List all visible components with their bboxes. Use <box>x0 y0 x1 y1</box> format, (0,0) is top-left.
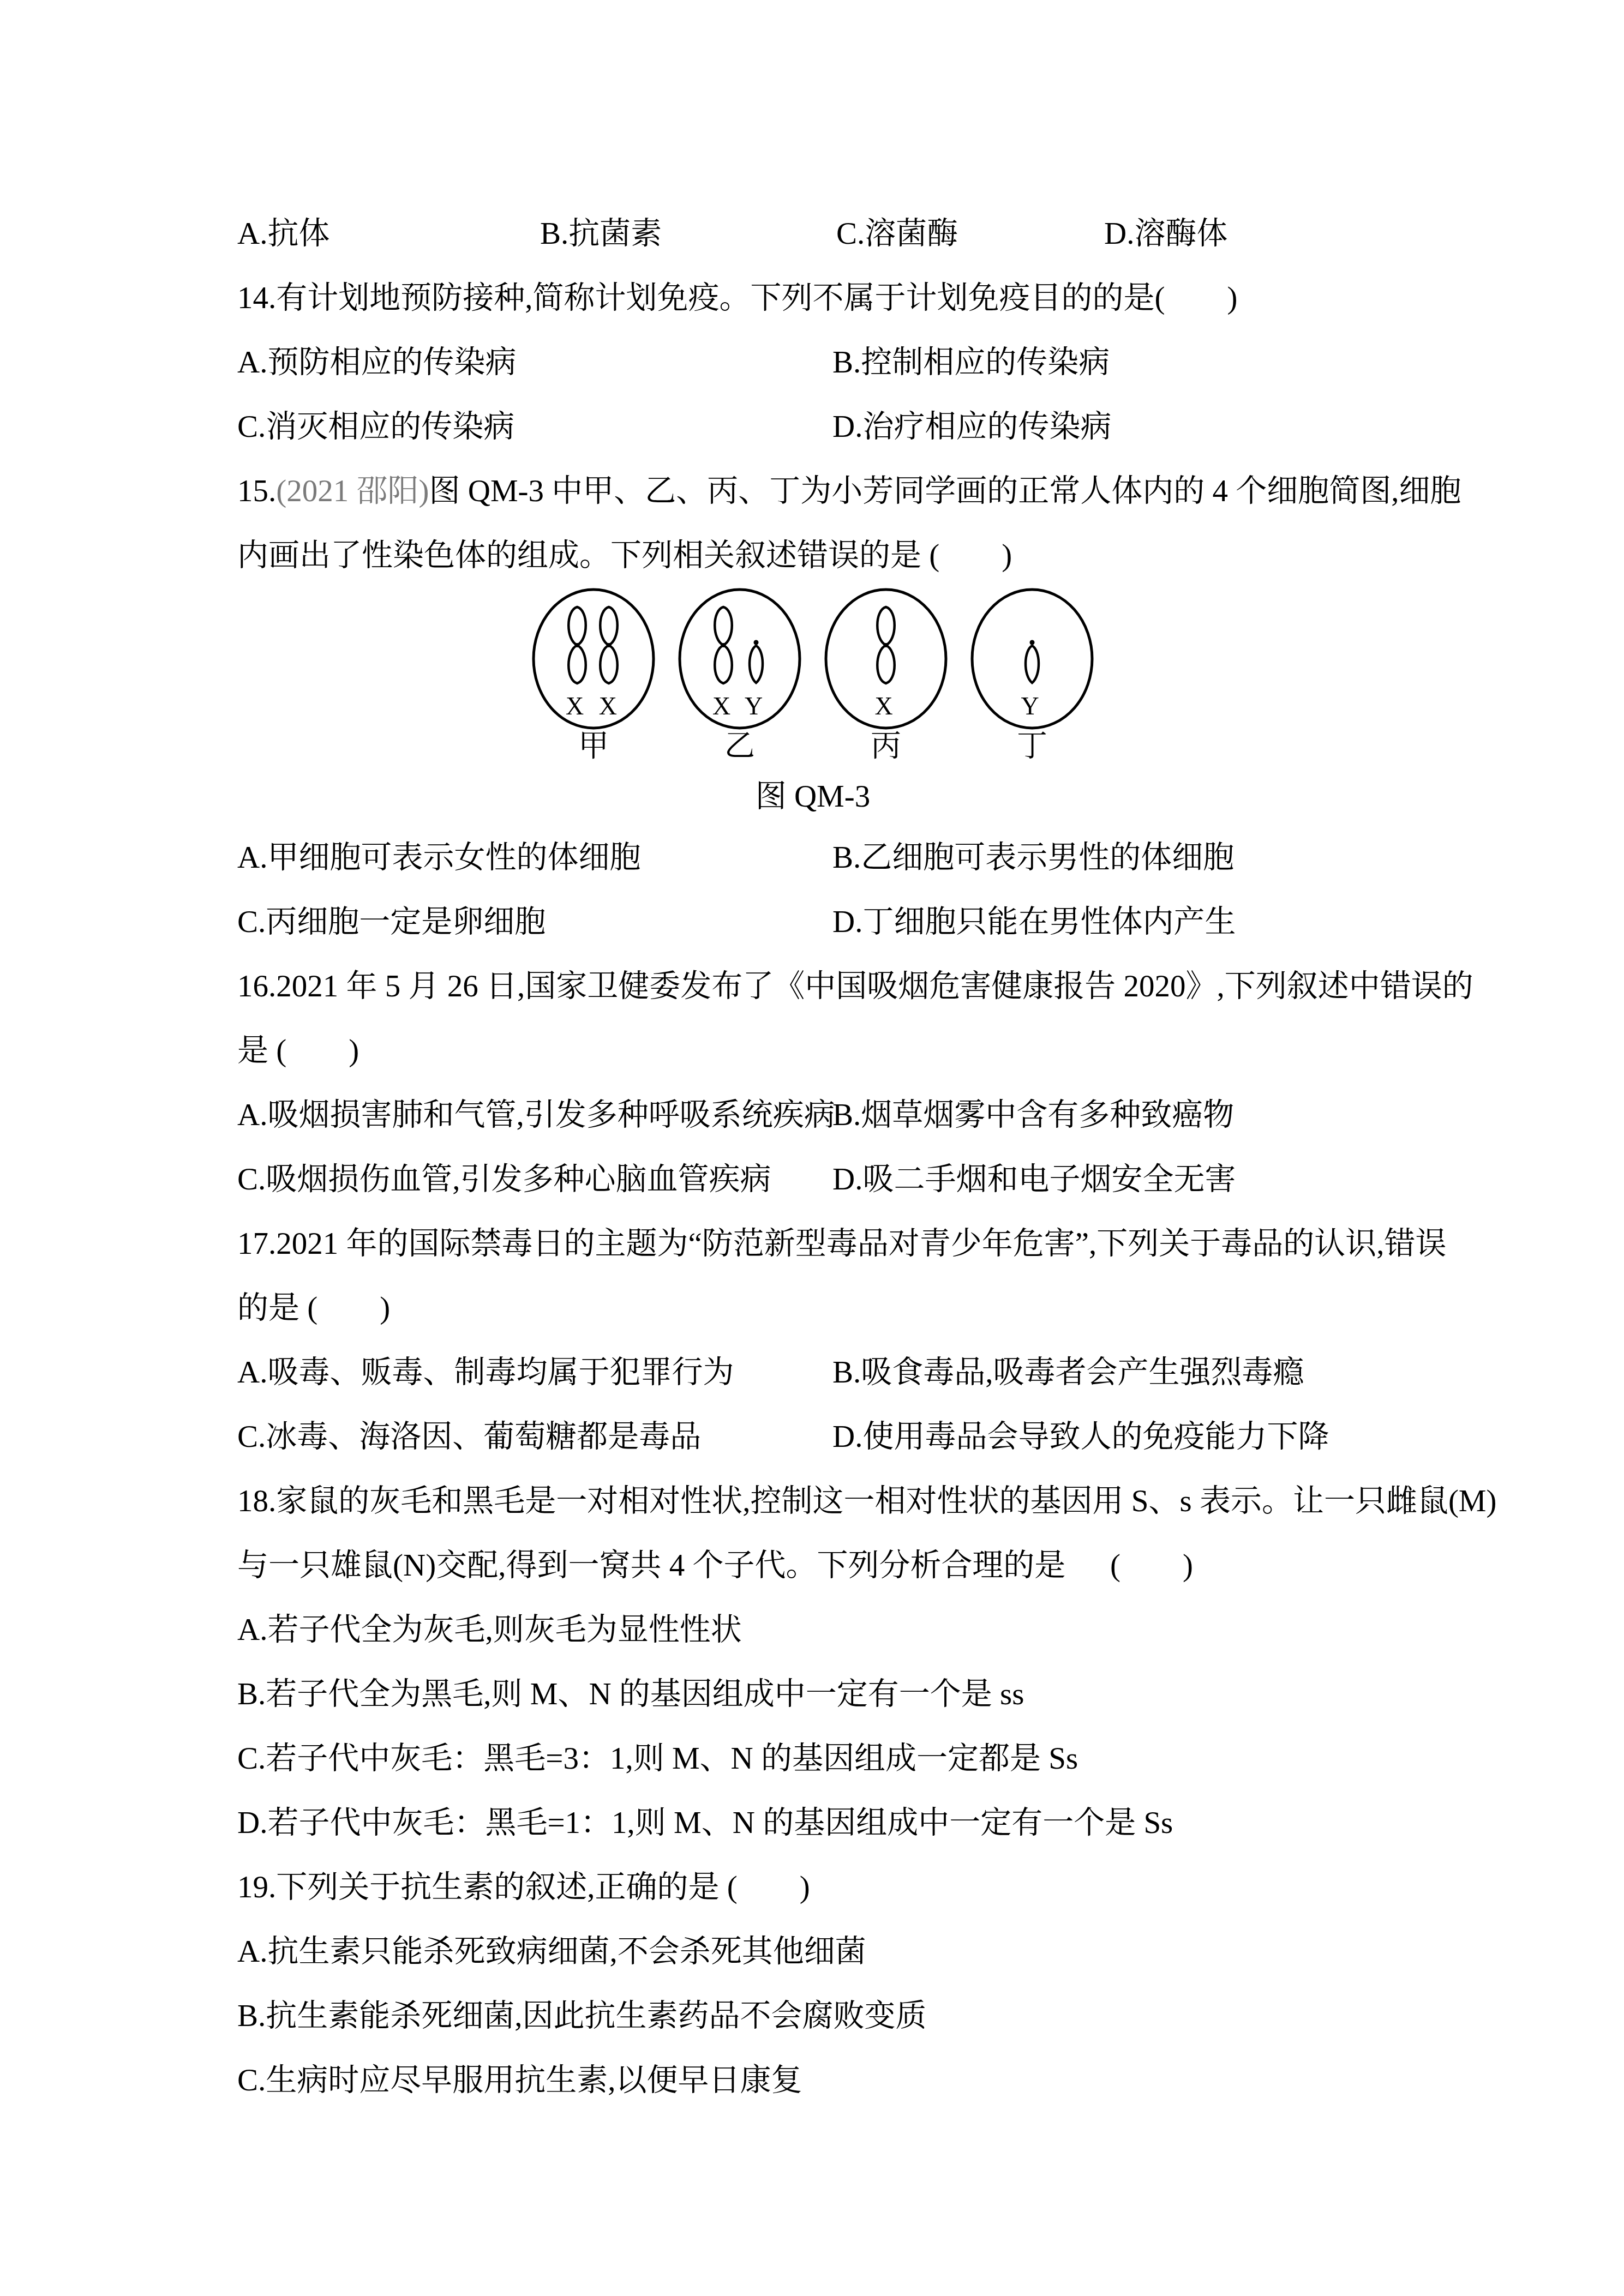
sex-chromosome-letters: Y <box>1021 692 1043 720</box>
q15-option-d: D.丁细胞只能在男性体内产生 <box>832 890 1236 954</box>
q18-answer-blank: ( ) <box>1110 1534 1193 1598</box>
q17-stem-line-1: 17.2021 年的国际禁毒日的主题为“防范新型毒品对青少年危害”,下列关于毒品… <box>237 1212 1388 1276</box>
q19-option-b: B.抗生素能杀死细菌,因此抗生素药品不会腐败变质 <box>237 1984 1388 2048</box>
q16-stem-line-1: 16.2021 年 5 月 26 日,国家卫健委发布了《中国吸烟危害健康报告 2… <box>237 954 1388 1019</box>
q14-option-d: D.治疗相应的传染病 <box>832 395 1111 459</box>
cell-yi-drawing: X Y <box>677 588 802 730</box>
centromere-dot <box>754 640 759 645</box>
q17-option-b: B.吸食毒品,吸毒者会产生强烈毒瘾 <box>832 1341 1304 1405</box>
q19-option-a: A.抗生素只能杀死致病细菌,不会杀死其他细菌 <box>237 1920 1388 1984</box>
q13-options-row: A.抗体 B.抗菌素 C.溶菌酶 D.溶酶体 <box>237 202 1388 266</box>
cell-ding-label: 丁 <box>969 730 1095 762</box>
q16-options-row-1: A.吸烟损害肺和气管,引发多种呼吸系统疾病 B.烟草烟雾中含有多种致癌物 <box>237 1083 1388 1147</box>
cell-bing-label: 丙 <box>823 730 949 762</box>
q15-stem-line-1: 15.(2021 邵阳)图 QM-3 中甲、乙、丙、丁为小芳同学画的正常人体内的… <box>237 459 1388 524</box>
q14-options-row-2: C.消灭相应的传染病 D.治疗相应的传染病 <box>237 395 1388 459</box>
q16-option-a: A.吸烟损害肺和气管,引发多种呼吸系统疾病 <box>237 1083 835 1147</box>
q16-option-d: D.吸二手烟和电子烟安全无害 <box>832 1147 1236 1212</box>
q13-option-c: C.溶菌酶 <box>836 202 958 266</box>
cell-ding-drawing: Y <box>969 588 1095 730</box>
cell-jia-label: 甲 <box>531 730 656 762</box>
q15-option-b: B.乙细胞可表示男性的体细胞 <box>832 826 1234 890</box>
q14-option-a: A.预防相应的传染病 <box>237 330 516 395</box>
q17-option-d: D.使用毒品会导致人的免疫能力下降 <box>832 1405 1329 1469</box>
y-chromosome-icon <box>750 646 763 683</box>
q19-stem: 19.下列关于抗生素的叙述,正确的是 ( ) <box>237 1855 1388 1920</box>
cell-jia: X X 甲 <box>531 588 656 762</box>
q15-stem-text: 图 QM-3 中甲、乙、丙、丁为小芳同学画的正常人体内的 4 个细胞简图,细胞 <box>429 474 1461 508</box>
q15-stem-line-2: 内画出了性染色体的组成。下列相关叙述错误的是 ( ) <box>237 524 1388 588</box>
q13-option-a: A.抗体 <box>237 202 329 266</box>
q16-stem-line-2: 是 ( ) <box>237 1019 1388 1083</box>
centromere-dot <box>884 643 888 647</box>
sex-chromosome-letters: X Y <box>712 692 767 720</box>
q15-options-row-2: C.丙细胞一定是卵细胞 D.丁细胞只能在男性体内产生 <box>237 890 1388 954</box>
q16-option-b: B.烟草烟雾中含有多种致癌物 <box>832 1083 1234 1147</box>
q15-option-a: A.甲细胞可表示女性的体细胞 <box>237 826 640 890</box>
centromere-dot <box>575 643 579 647</box>
q18-stem-line-1: 18.家鼠的灰毛和黑毛是一对相对性状,控制这一相对性状的基因用 S、s 表示。让… <box>237 1469 1388 1534</box>
q18-stem-line-2-text: 与一只雄鼠(N)交配,得到一窝共 4 个子代。下列分析合理的是 <box>237 1534 1065 1598</box>
cell-ding: Y 丁 <box>969 588 1095 762</box>
q14-option-c: C.消灭相应的传染病 <box>237 395 514 459</box>
q14-options-row-1: A.预防相应的传染病 B.控制相应的传染病 <box>237 330 1388 395</box>
q17-options-row-1: A.吸毒、贩毒、制毒均属于犯罪行为 B.吸食毒品,吸毒者会产生强烈毒瘾 <box>237 1341 1388 1405</box>
centromere-dot <box>721 643 726 647</box>
q17-options-row-2: C.冰毒、海洛因、葡萄糖都是毒品 D.使用毒品会导致人的免疫能力下降 <box>237 1405 1388 1469</box>
cell-yi-label: 乙 <box>677 730 802 762</box>
q13-option-b: B.抗菌素 <box>540 202 662 266</box>
cell-bing: X 丙 <box>823 588 949 762</box>
q15-options-row-1: A.甲细胞可表示女性的体细胞 B.乙细胞可表示男性的体细胞 <box>237 826 1388 890</box>
q18-stem-line-2: 与一只雄鼠(N)交配,得到一窝共 4 个子代。下列分析合理的是 ( ) <box>237 1534 1388 1598</box>
y-chromosome-icon <box>1026 646 1039 683</box>
centromere-dot <box>607 643 611 647</box>
sex-chromosome-letters: X <box>874 692 897 720</box>
q15-source-tag: (2021 邵阳) <box>276 474 429 508</box>
q18-option-c: C.若子代中灰毛：黑毛=3：1,则 M、N 的基因组成一定都是 Ss <box>237 1727 1388 1791</box>
q19-option-c: C.生病时应尽早服用抗生素,以便早日康复 <box>237 2048 1388 2113</box>
q18-option-a: A.若子代全为灰毛,则灰毛为显性性状 <box>237 1598 1388 1662</box>
q14-option-b: B.控制相应的传染病 <box>832 330 1110 395</box>
q13-option-d: D.溶酶体 <box>1104 202 1227 266</box>
q15-number: 15. <box>237 474 276 508</box>
q15-option-c: C.丙细胞一定是卵细胞 <box>237 890 546 954</box>
cell-yi: X Y 乙 <box>677 588 802 762</box>
q16-options-row-2: C.吸烟损伤血管,引发多种心脑血管疾病 D.吸二手烟和电子烟安全无害 <box>237 1147 1388 1212</box>
exam-page: A.抗体 B.抗菌素 C.溶菌酶 D.溶酶体 14.有计划地预防接种,简称计划免… <box>0 0 1624 2296</box>
q17-stem-line-2: 的是 ( ) <box>237 1276 1388 1341</box>
q16-option-c: C.吸烟损伤血管,引发多种心脑血管疾病 <box>237 1147 771 1212</box>
q17-option-a: A.吸毒、贩毒、制毒均属于犯罪行为 <box>237 1341 734 1405</box>
centromere-dot <box>1030 640 1035 645</box>
q15-figure-caption: 图 QM-3 <box>237 768 1388 826</box>
cell-jia-drawing: X X <box>531 588 656 730</box>
sex-chromosome-letters: X X <box>566 692 621 720</box>
q14-stem: 14.有计划地预防接种,简称计划免疫。下列不属于计划免疫目的的是( ) <box>237 266 1388 330</box>
q18-option-d: D.若子代中灰毛：黑毛=1：1,则 M、N 的基因组成中一定有一个是 Ss <box>237 1791 1388 1855</box>
q15-figure: X X 甲 X Y 乙 <box>237 588 1388 768</box>
cell-bing-drawing: X <box>823 588 949 730</box>
exam-content: A.抗体 B.抗菌素 C.溶菌酶 D.溶酶体 14.有计划地预防接种,简称计划免… <box>237 202 1388 2113</box>
q17-option-c: C.冰毒、海洛因、葡萄糖都是毒品 <box>237 1405 701 1469</box>
q18-option-b: B.若子代全为黑毛,则 M、N 的基因组成中一定有一个是 ss <box>237 1662 1388 1727</box>
